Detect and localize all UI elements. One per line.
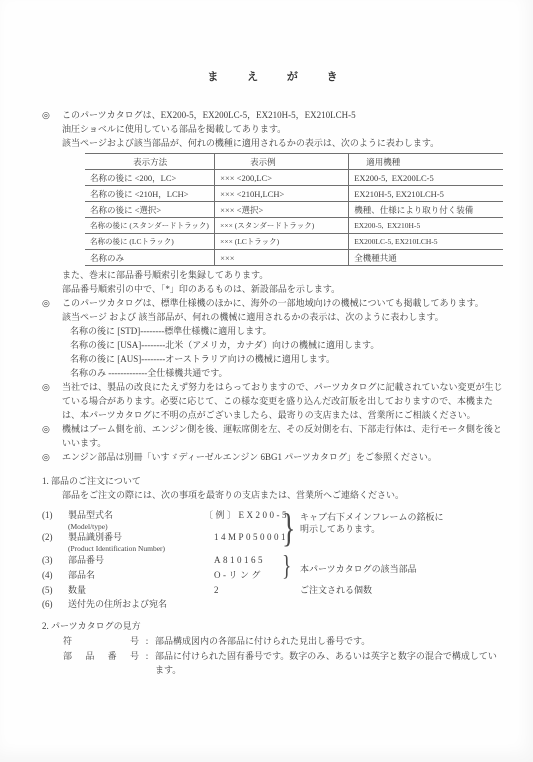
table-row: 名称のみ×××全機種共通 bbox=[85, 250, 503, 266]
nameplate-note-line2: 明示してあります。 bbox=[300, 523, 443, 535]
table-cell: ××× <選択> bbox=[215, 202, 349, 218]
page-title: ま え が き bbox=[42, 70, 503, 84]
ordering-intro: 部品をご注文の際には、次の事項を最寄りの支店または、営業所へご連絡ください。 bbox=[62, 488, 503, 502]
models-line-3: 該当ページおよび該当部品が、何れの機種に適用されるかの表示は、次のように表わしま… bbox=[62, 136, 503, 150]
new-parts-note: 部品番号順索引の中で、「*」印のあるものは、新設部品を示します。 bbox=[62, 282, 503, 296]
models-line-2: 油圧ショベルに使用している部品を掲載してあります。 bbox=[62, 122, 503, 136]
models-line: このパーツカタログは、EX200-5，EX200LC-5，EX210H-5，EX… bbox=[62, 108, 503, 122]
reading-term-char: 号 bbox=[130, 634, 139, 648]
table-row: 名称の後に <210H，LCH>××× <210H,LCH>EX210H-5, … bbox=[85, 186, 503, 202]
reading-term-char: 符 bbox=[63, 634, 72, 648]
nameplate-note-line1: キャブ右下メインフレームの銘板に bbox=[300, 511, 443, 523]
item-number: (3) bbox=[42, 553, 68, 567]
table-cell: 全機種共通 bbox=[349, 250, 503, 266]
order-item: (6) 送付先の住所および宛名 bbox=[42, 597, 503, 611]
table-cell: ××× <200,LC> bbox=[215, 170, 349, 186]
item-label: 部品名 bbox=[68, 568, 214, 582]
item-value: 14MP050001 bbox=[214, 530, 288, 544]
table-cell: ××× <210H,LCH> bbox=[215, 186, 349, 202]
overseas-line-2: 該当ページ および 該当部品が、何れの機械に適用されるかの表示は、次のように表わ… bbox=[62, 310, 503, 324]
engine-parts-text: エンジン部品は別冊「いすゞディーゼルエンジン 6BG1 パーツカタログ」をご参照… bbox=[62, 450, 503, 464]
reading-row-symbol: 符号 : 部品構成図内の各部品に付けられた見出し番号です。 bbox=[63, 634, 503, 648]
orientation-text: 機械はブーム側を前、エンジン側を後、運転席側を左、その反対側を右、下部走行体は、… bbox=[62, 422, 503, 450]
table-cell: 名称の後に <210H，LCH> bbox=[85, 186, 215, 202]
section-catalog-models: ◎ このパーツカタログは、EX200-5，EX200LC-5，EX210H-5，… bbox=[42, 108, 503, 296]
colon: : bbox=[139, 634, 155, 648]
section-overseas-spec: ◎ このパーツカタログは、標準仕様機のほかに、海外の一部地域向けの機械についても… bbox=[42, 296, 503, 380]
table-cell: 名称のみ bbox=[85, 250, 215, 266]
item-label-text: 製品型式名 bbox=[68, 510, 113, 520]
reading-term-char: 部 bbox=[63, 649, 72, 677]
reading-term-char: 番 bbox=[108, 649, 117, 677]
item-number: (6) bbox=[42, 597, 68, 611]
bullet-icon: ◎ bbox=[42, 422, 62, 450]
table-cell: EX200-5, EX200LC-5 bbox=[349, 170, 503, 186]
bullet-icon: ◎ bbox=[42, 450, 62, 464]
column-header: 適用機種 bbox=[349, 154, 503, 170]
brace-icon: } bbox=[282, 550, 291, 584]
ordering-heading: 1. 部品のご注文について bbox=[42, 474, 503, 488]
bullet-icon: ◎ bbox=[42, 296, 62, 380]
section-engine-parts: ◎ エンジン部品は別冊「いすゞディーゼルエンジン 6BG1 パーツカタログ」をご… bbox=[42, 450, 503, 464]
reading-term-char: 号 bbox=[130, 649, 139, 677]
improvements-text: 当社では、製品の改良にたえず努力をはらっておりますので、パーツカタログに記載され… bbox=[62, 380, 503, 422]
table-cell: 機種、仕様により取り付く装備 bbox=[349, 202, 503, 218]
table-cell: ××× bbox=[215, 250, 349, 266]
table-cell: 名称の後に (LCトラック) bbox=[85, 234, 215, 250]
table-cell: EX200LC-5, EX210LCH-5 bbox=[349, 234, 503, 250]
section-improvements-notice: ◎ 当社では、製品の改良にたえず努力をはらっておりますので、パーツカタログに記載… bbox=[42, 380, 503, 422]
item-number: (4) bbox=[42, 568, 68, 582]
notation-std: 名称の後に [STD]--------標準仕様機に適用します。 bbox=[70, 324, 503, 338]
bullet-icon: ◎ bbox=[42, 380, 62, 422]
reading-heading: 2. パーツカタログの見方 bbox=[42, 619, 503, 633]
item-value: 〔例〕EX200-5 bbox=[204, 508, 289, 522]
model-designation-table: 表示方法表示例適用機種 名称の後に <200，LC>××× <200,LC>EX… bbox=[85, 153, 503, 266]
item-number: (1) bbox=[42, 508, 68, 522]
bullet-icon: ◎ bbox=[42, 108, 62, 296]
nameplate-note: キャブ右下メインフレームの銘板に 明示してあります。 bbox=[300, 511, 443, 535]
item-sublabel: (Product Identification Number) bbox=[68, 544, 214, 553]
quantity-note: ご注文される個数 bbox=[300, 584, 372, 596]
table-row: 名称の後に <選択>××× <選択>機種、仕様により取り付く装備 bbox=[85, 202, 503, 218]
document-page: ま え が き ◎ このパーツカタログは、EX200-5，EX200LC-5，E… bbox=[0, 0, 533, 762]
table-cell: EX210H-5, EX210LCH-5 bbox=[349, 186, 503, 202]
order-item: (4) 部品名 O-リング bbox=[42, 568, 503, 583]
item-label: 部品番号 bbox=[68, 553, 214, 567]
ordering-items: (1) 製品型式名 (Model/type) 〔例〕EX200-5 (2) 製品… bbox=[42, 508, 503, 611]
reading-desc: 部品に付けられた固有番号です。数字のみ、あるいは英字と数字の混合で構成しています… bbox=[155, 649, 503, 677]
item-value: O-リング bbox=[214, 568, 263, 582]
table-row: 名称の後に (LCトラック)××× (LCトラック)EX200LC-5, EX2… bbox=[85, 234, 503, 250]
table-row: 名称の後に <200，LC>××× <200,LC>EX200-5, EX200… bbox=[85, 170, 503, 186]
reading-row-part-number: 部品番号 : 部品に付けられた固有番号です。数字のみ、あるいは英字と数字の混合で… bbox=[63, 649, 503, 677]
item-label: 製品識別番号 (Product Identification Number) bbox=[68, 530, 214, 553]
item-number: (2) bbox=[42, 530, 68, 544]
notation-name-only: 名称のみ -------------全仕様機共通です。 bbox=[70, 366, 503, 380]
notation-aus: 名称の後に [AUS]--------オーストラリア向けの機械に適用します。 bbox=[70, 352, 503, 366]
column-header: 表示方法 bbox=[85, 154, 215, 170]
item-label-text: 製品識別番号 bbox=[68, 532, 122, 542]
item-number: (5) bbox=[42, 583, 68, 597]
overseas-line: このパーツカタログは、標準仕様機のほかに、海外の一部地域向けの機械についても掲載… bbox=[62, 296, 503, 310]
reading-term: 符号 bbox=[63, 634, 139, 648]
item-label: 数量 bbox=[68, 583, 214, 597]
order-item: (5) 数量 2 bbox=[42, 583, 503, 597]
notation-usa: 名称の後に [USA]--------北米（アメリカ，カナダ）向けの機械に適用し… bbox=[70, 338, 503, 352]
table-cell: 名称の後に <200，LC> bbox=[85, 170, 215, 186]
item-value: 2 bbox=[214, 583, 221, 597]
table-cell: 名称の後に <選択> bbox=[85, 202, 215, 218]
table-row: 名称の後に (スタンダードトラック)××× (スタンダードトラック)EX200-… bbox=[85, 218, 503, 234]
table-cell: ××× (LCトラック) bbox=[215, 234, 349, 250]
colon: : bbox=[139, 649, 155, 677]
column-header: 表示例 bbox=[215, 154, 349, 170]
order-item: (3) 部品番号 A810165 bbox=[42, 553, 503, 568]
reading-term-char: 品 bbox=[85, 649, 94, 677]
table-header-row: 表示方法表示例適用機種 bbox=[85, 154, 503, 170]
section-orientation: ◎ 機械はブーム側を前、エンジン側を後、運転席側を左、その反対側を右、下部走行体… bbox=[42, 422, 503, 450]
table-cell: 名称の後に (スタンダードトラック) bbox=[85, 218, 215, 234]
reading-term: 部品番号 bbox=[63, 649, 139, 677]
catalog-parts-note: 本パーツカタログの該当部品 bbox=[300, 563, 417, 575]
reading-desc: 部品構成図内の各部品に付けられた見出し番号です。 bbox=[155, 634, 503, 648]
item-label: 送付先の住所および宛名 bbox=[68, 597, 214, 611]
table-cell: EX200-5, EX210H-5 bbox=[349, 218, 503, 234]
item-value: A810165 bbox=[214, 553, 265, 567]
brace-icon: } bbox=[282, 505, 295, 551]
table-cell: ××× (スタンダードトラック) bbox=[215, 218, 349, 234]
item-label: 製品型式名 (Model/type) bbox=[68, 508, 214, 531]
index-note: また、巻末に部品番号順索引を集録してあります。 bbox=[62, 268, 503, 282]
